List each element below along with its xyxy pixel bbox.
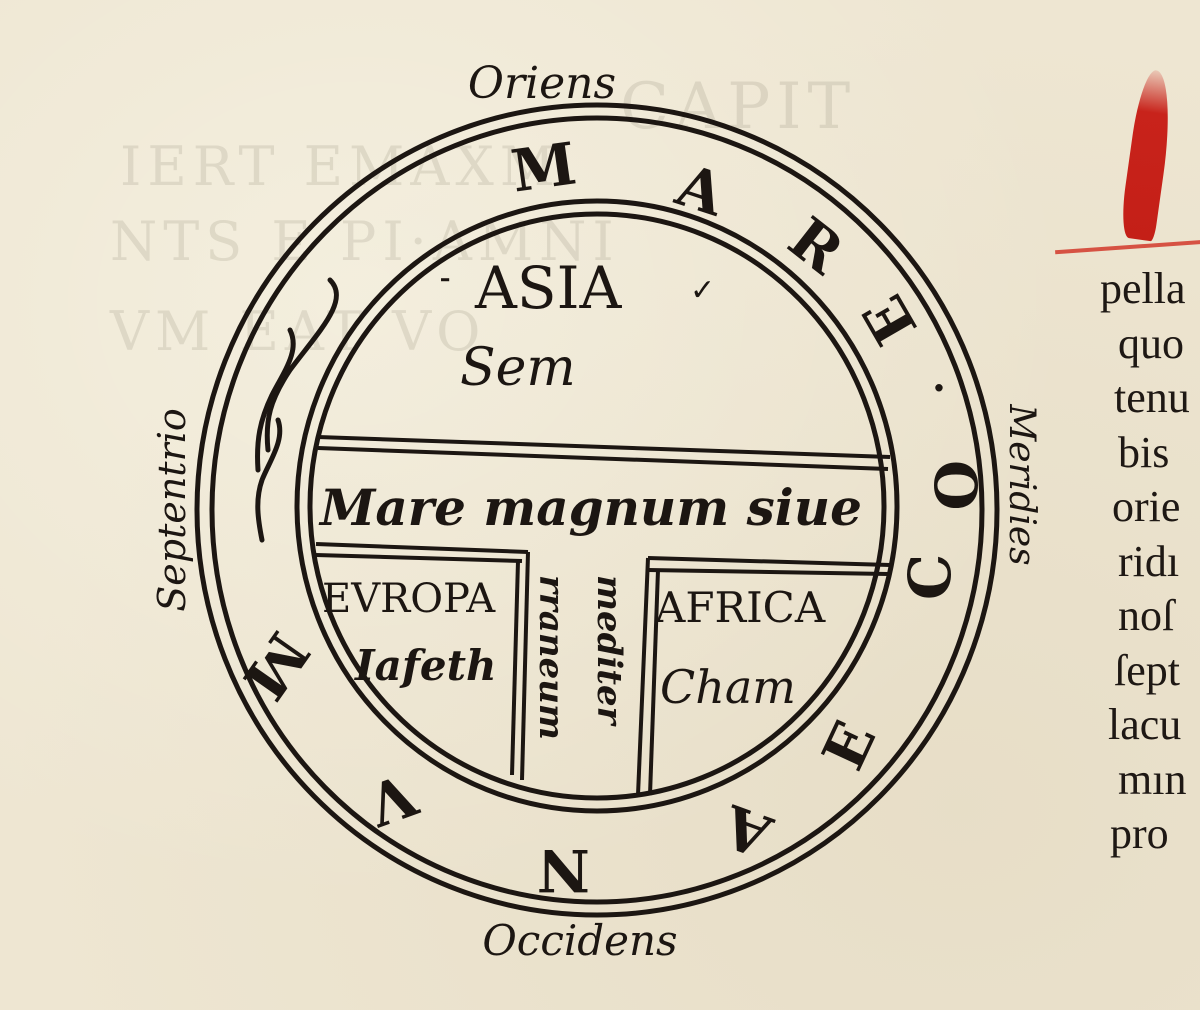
sea-mare-magnum: Mare magnum siue [318,478,862,537]
ocean-letter-m: M [507,129,580,205]
ocean-letter-e2: E [809,711,889,780]
text-line: lacu [1100,698,1200,753]
sea-rraneum: rraneum [531,575,571,740]
label-occidens: Occidens [482,916,677,965]
text-line: pella [1100,262,1200,317]
ocean-letter-n: N [537,836,590,904]
label-meridies: Meridies [1001,403,1042,565]
sea-mediter: mediter [589,575,629,727]
ocean-separator-dot: · [932,365,946,412]
text-line: bis [1100,426,1200,481]
label-oriens: Oriens [468,58,616,109]
africa-son-cham: Cham [660,660,796,714]
text-line: ſept [1100,644,1200,699]
ocean-letter-o: O [921,460,989,511]
t-o-map: Oriens Occidens Septentrio Meridies M A … [0,0,1200,1010]
asia-ornament-left: ⁃ [438,264,452,297]
text-line: noſ [1100,589,1200,644]
body-text-column: pella quo tenu bis orie ridı noſ ſept la… [1100,262,1200,862]
continent-africa: AFRICA [654,583,826,632]
label-septentrio: Septentrio [150,408,194,612]
continent-asia: ASIA [474,254,623,322]
ocean-letter-r: R [776,204,856,288]
text-line: mın [1100,753,1200,808]
text-line: quo [1100,317,1200,372]
ocean-letter-c: C [896,554,964,600]
text-line: tenu [1100,371,1200,426]
text-line: orie [1100,480,1200,535]
continent-europa: EVROPA [322,576,496,622]
ocean-letter-a: A [668,151,734,230]
text-line: pro [1100,807,1200,862]
asia-son-sem: Sem [460,338,576,398]
europa-son-iafeth: Iafeth [354,641,497,690]
asia-ornament-right: ✓ [690,273,715,308]
text-line: ridı [1100,535,1200,590]
